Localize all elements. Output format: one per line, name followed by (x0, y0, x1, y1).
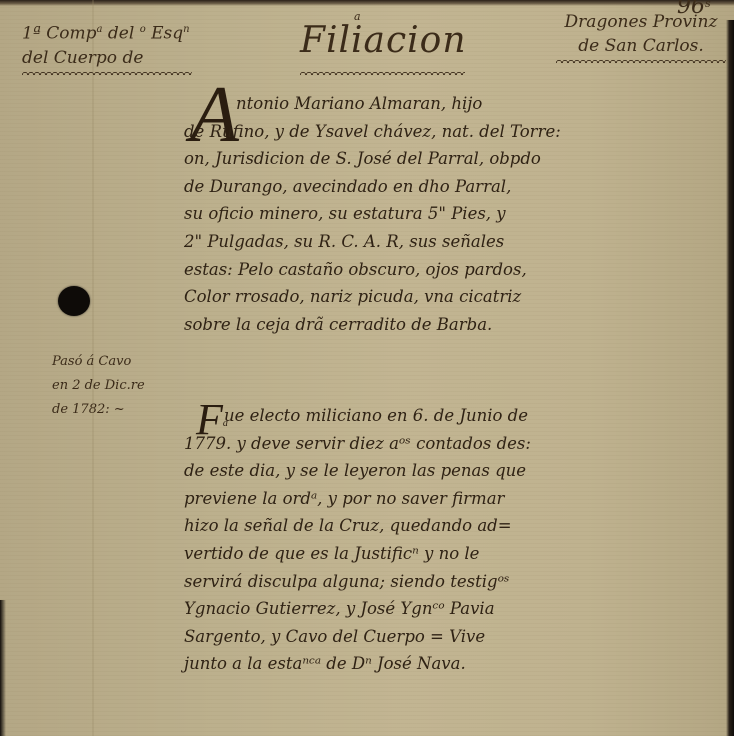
text-line: vertido de que es la Justificⁿ y no le (184, 540, 584, 568)
text-line: ntonio Mariano Almaran, hijo (184, 90, 584, 118)
text-line: sobre la ceja drã cerradito de Barba. (184, 311, 584, 339)
document-title: a Filiacion (300, 12, 465, 78)
text-line: Color rrosado, nariz picuda, vna cicatri… (184, 283, 584, 311)
margin-note-line: Pasó á Cavo (52, 350, 182, 374)
title-superscript: a (354, 10, 361, 23)
text-line: junto a la estaⁿᶜᵃ de Dⁿ José Nava. (184, 650, 584, 678)
margin-note-line: de 1782: ~ (52, 398, 182, 422)
text-line: de este dia, y se le leyeron las penas q… (184, 457, 584, 485)
text-line: estas: Pelo castaño obscuro, ojos pardos… (184, 256, 584, 284)
left-edge-shadow (0, 600, 6, 736)
text-line: on, Jurisdicion de S. José del Parral, o… (184, 145, 584, 173)
text-line: 1779. y deve servir diez aᵒˢ contados de… (184, 430, 584, 458)
filiation-paragraph: ntonio Mariano Almaran, hijo de Rufino, … (184, 90, 584, 338)
text-line: servirá disculpa alguna; siendo testigᵒˢ (184, 568, 584, 596)
binding-hole (58, 286, 90, 316)
margin-note-line: en 2 de Dic.re (52, 374, 182, 398)
margin-note: Pasó á Cavo en 2 de Dic.re de 1782: ~ (52, 350, 182, 422)
header-regiment-line2: de San Carlos. (556, 34, 726, 58)
wavy-underline (22, 72, 192, 78)
folio-number: 96s (677, 0, 711, 19)
manuscript-page: 1ª Compa del o Esqn del Cuerpo de a Fili… (0, 0, 734, 736)
text-line: hizo la señal de la Cruz, quedando ad= (184, 512, 584, 540)
top-edge-shadow (0, 0, 734, 6)
wavy-underline (556, 60, 726, 66)
header-company-line2: del Cuerpo de (22, 46, 192, 70)
text-line: ue electo miliciano en 6. de Junio de (184, 402, 584, 430)
right-edge-shadow (726, 20, 734, 736)
text-line: previene la ordᵃ, y por no saver firmar (184, 485, 584, 513)
header-company-line1: 1ª Compa del o Esqn (22, 18, 192, 46)
text-line: de Rufino, y de Ysavel chávez, nat. del … (184, 118, 584, 146)
enlistment-paragraph: ue electo miliciano en 6. de Junio de 17… (184, 402, 584, 678)
header-company: 1ª Compa del o Esqn del Cuerpo de (22, 18, 192, 78)
text-line: de Durango, avecindado en dho Parral, (184, 173, 584, 201)
title-text: Filiacion (300, 12, 465, 70)
text-line: Ygnacio Gutierrez, y José Ygnᶜᵒ Pavia (184, 595, 584, 623)
wavy-underline (300, 72, 465, 78)
text-line: 2" Pulgadas, su R. C. A. R, sus señales (184, 228, 584, 256)
text-line: Sargento, y Cavo del Cuerpo = Vive (184, 623, 584, 651)
text-line: su oficio minero, su estatura 5" Pies, y (184, 200, 584, 228)
